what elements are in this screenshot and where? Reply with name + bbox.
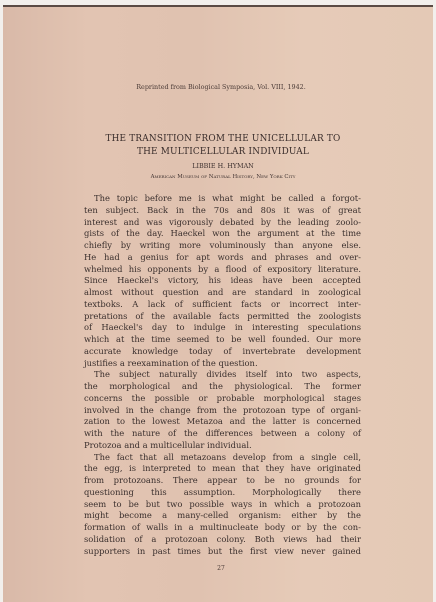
body-line: chiefly by writing more voluminously tha… bbox=[84, 240, 361, 252]
body-line: whelmed his opponents by a flood of expo… bbox=[84, 264, 361, 276]
title-line: THE MULTICELLULAR INDIVIDUAL bbox=[63, 146, 383, 159]
body-line: which at the time seemed to be well foun… bbox=[84, 334, 361, 346]
reprint-note: Reprinted from Biological Symposia, Vol.… bbox=[3, 83, 436, 91]
title-line: THE TRANSITION FROM THE UNICELLULAR TO bbox=[63, 133, 383, 146]
body-line: Protozoa and a multicellular individual. bbox=[84, 440, 361, 452]
body-line: questioning this assumption. Morphologic… bbox=[84, 487, 361, 499]
body-line: with the nature of the differences betwe… bbox=[84, 428, 361, 440]
body-line: The subject naturally divides itself int… bbox=[84, 369, 361, 381]
body-line: accurate knowledge today of invertebrate… bbox=[84, 346, 361, 358]
body-line: pretations of the available facts permit… bbox=[84, 311, 361, 323]
body-line: The fact that all metazoans develop from… bbox=[84, 452, 361, 464]
body-text: The topic before me is what might be cal… bbox=[84, 193, 361, 557]
body-line: formation of walls in a multinucleate bo… bbox=[84, 522, 361, 534]
body-line: zation to the lowest Metazoa and the lat… bbox=[84, 416, 361, 428]
author-name: LIBBIE H. HYMAN bbox=[63, 162, 383, 170]
body-line: solidation of a protozoan colony. Both v… bbox=[84, 534, 361, 546]
body-line: interest and was vigorously debated by t… bbox=[84, 217, 361, 229]
body-line: concerns the possible or probable morpho… bbox=[84, 393, 361, 405]
document-page: Reprinted from Biological Symposia, Vol.… bbox=[3, 5, 433, 600]
body-line: textboks. A lack of sufficient facts or … bbox=[84, 299, 361, 311]
body-line: Since Haeckel's victory, his ideas have … bbox=[84, 275, 361, 287]
body-line: of Haeckel's day to indulge in interesti… bbox=[84, 322, 361, 334]
page-number: 27 bbox=[3, 565, 436, 572]
body-line: supporters in past times but the first v… bbox=[84, 546, 361, 558]
body-line: might become a many-celled organism: eit… bbox=[84, 510, 361, 522]
body-line: the morphological and the physiological.… bbox=[84, 381, 361, 393]
body-line: ten subject. Back in the 70s and 80s it … bbox=[84, 205, 361, 217]
body-line: justifies a reexamination of the questio… bbox=[84, 358, 361, 370]
body-line: He had a genius for apt words and phrase… bbox=[84, 252, 361, 264]
body-line: gists of the day. Haeckel won the argume… bbox=[84, 228, 361, 240]
body-line: almost without question and are standard… bbox=[84, 287, 361, 299]
body-line: the egg, is interpreted to mean that the… bbox=[84, 463, 361, 475]
body-line: involved in the change from the protozoa… bbox=[84, 405, 361, 417]
body-line: The topic before me is what might be cal… bbox=[84, 193, 361, 205]
body-line: from protozoans. There appear to be no g… bbox=[84, 475, 361, 487]
author-affiliation: American Museum of Natural History, New … bbox=[63, 174, 383, 180]
body-line: seem to be but two possible ways in whic… bbox=[84, 499, 361, 511]
article-title: THE TRANSITION FROM THE UNICELLULAR TO T… bbox=[63, 133, 383, 158]
